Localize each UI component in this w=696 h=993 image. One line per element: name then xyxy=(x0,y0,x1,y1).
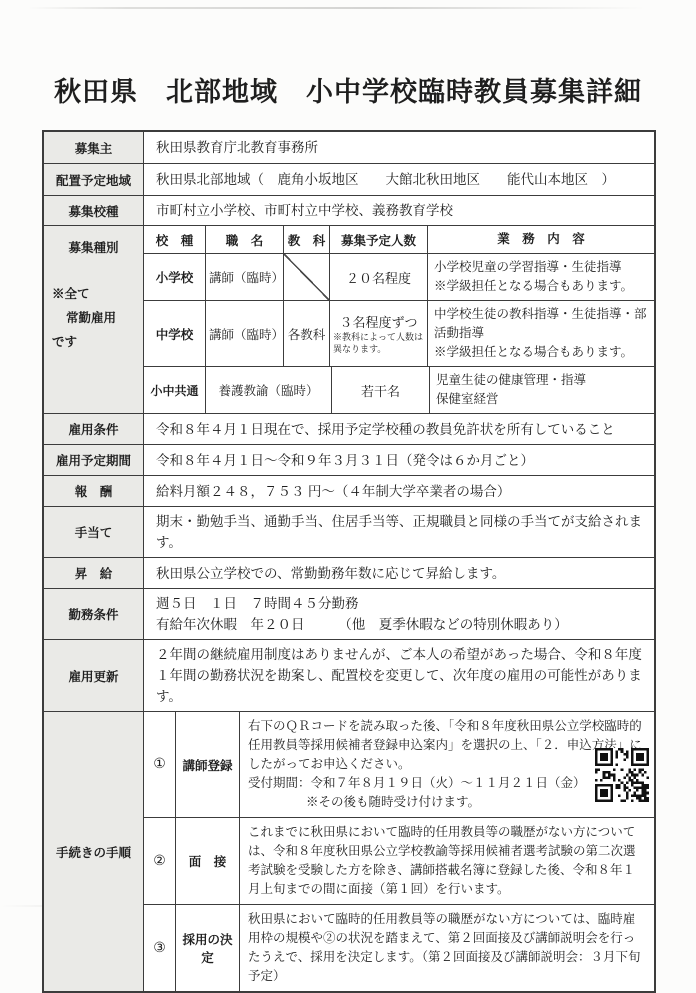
duty-line1: 中学校生徒の教科指導・生徒指導・部活動指導 xyxy=(434,305,648,343)
table-row-recruiter: 募集主 秋田県教育庁北教育事務所 xyxy=(44,132,654,164)
step-number: ③ xyxy=(144,905,176,991)
recruit-sub-table: 校 種 職 名 教 科 募集予定人数 業 務 内 容 小学校 講師（臨時） ２０… xyxy=(144,226,654,413)
title-cell: 講師（臨時） xyxy=(206,301,284,366)
table-row-employment-period: 雇用予定期間 令和８年４月１日～令和９年３月３１日（発令は６か月ごと） xyxy=(44,445,654,476)
duty-line2: 保健室経営 xyxy=(436,390,499,409)
title-cell-merged: 養護教諭（臨時） xyxy=(206,367,332,413)
table-row-procedure: 手続きの手順 ① 講師登録 右下のＱＲコードを読み取った後、「令和８年度秋田県公… xyxy=(44,712,654,991)
procedure-label: 手続きの手順 xyxy=(44,712,144,991)
qr-code xyxy=(595,748,649,802)
row-label: 配置予定地域 xyxy=(44,164,144,195)
row-label: 募集校種 xyxy=(44,196,144,225)
step-name: 講師登録 xyxy=(176,712,240,817)
step1-text3: ※その後も随時受け付けます。 xyxy=(248,793,646,812)
duty-cell: 中学校生徒の教科指導・生徒指導・部活動指導 ※学級担任となる場合もあります。 xyxy=(428,301,654,366)
table-row-region: 配置予定地域 秋田県北部地域（ 鹿角小坂地区 大館北秋田地区 能代山本地区 ） xyxy=(44,164,654,196)
document-page: { "colors": { "label_bg": "#eaeae7", "bo… xyxy=(0,0,696,919)
duty-line1: 児童生徒の健康管理・指導 xyxy=(436,371,586,390)
recruitment-detail-table: 募集主 秋田県教育庁北教育事務所 配置予定地域 秋田県北部地域（ 鹿角小坂地区 … xyxy=(42,130,656,993)
procedure-step-interview: ② 面 接 これまでに秋田県において臨時的任用教員等の職歴がない方については、令… xyxy=(144,818,654,905)
row-label: 雇用予定期間 xyxy=(44,445,144,475)
recruit-note-line1: ※全て xyxy=(52,284,135,302)
row-label: 募集主 xyxy=(44,132,144,163)
subject-cell: 各教科 xyxy=(284,301,330,366)
recruit-row-elementary: 小学校 講師（臨時） ２０名程度 小学校児童の学習指導・生徒指導 ※学級担任とな… xyxy=(144,254,654,301)
title-cell: 講師（臨時） xyxy=(206,254,284,300)
recruit-note-line3: です xyxy=(52,332,135,350)
recruit-types-title: 募集種別 xyxy=(52,238,135,256)
row-label: 雇用更新 xyxy=(44,640,144,711)
row-value: 秋田県公立学校での、常勤勤務年数に応じて昇給します。 xyxy=(144,558,654,588)
recruit-header-row: 校 種 職 名 教 科 募集予定人数 業 務 内 容 xyxy=(144,226,654,254)
school-cell: 小中共通 xyxy=(144,367,206,413)
step-content: これまでに秋田県において臨時的任用教員等の職歴がない方については、令和８年度秋田… xyxy=(240,818,654,904)
col-header-count: 募集予定人数 xyxy=(330,226,428,253)
col-header-title: 職 名 xyxy=(206,226,284,253)
recruit-types-label: 募集種別 ※全て 常勤雇用 です xyxy=(44,226,144,413)
row-value: 秋田県教育庁北教育事務所 xyxy=(144,132,654,163)
table-row-raise: 昇 給 秋田県公立学校での、常勤勤務年数に応じて昇給します。 xyxy=(44,558,654,589)
table-row-salary: 報 酬 給料月額２４８，７５３ 円～（４年制大学卒業者の場合） xyxy=(44,476,654,507)
duty-cell: 児童生徒の健康管理・指導 保健室経営 xyxy=(430,367,654,413)
duty-line2: ※学級担任となる場合もあります。 xyxy=(434,277,633,296)
work-condition-line1: 週５日 １日 ７時間４５分勤務 xyxy=(156,593,642,614)
recruit-row-junior-high: 中学校 講師（臨時） 各教科 ３名程度ずつ ※教科によって人数は異なります。 中… xyxy=(144,301,654,367)
table-row-renewal: 雇用更新 ２年間の継続雇用制度はありませんが、ご本人の希望があった場合、令和８年… xyxy=(44,640,654,712)
count-cell: ２０名程度 xyxy=(330,254,428,300)
school-cell: 小学校 xyxy=(144,254,206,300)
step-content: 右下のＱＲコードを読み取った後、「令和８年度秋田県公立学校臨時的任用教員等採用候… xyxy=(240,712,654,817)
procedure-step-decision: ③ 採用の決定 秋田県において臨時的任用教員等の職歴がない方については、臨時雇用… xyxy=(144,905,654,991)
table-row-school-types: 募集校種 市町村立小学校、市町村立中学校、義務教育学校 xyxy=(44,196,654,226)
step-name: 採用の決定 xyxy=(176,905,240,991)
row-label: 昇 給 xyxy=(44,558,144,588)
procedure-step-registration: ① 講師登録 右下のＱＲコードを読み取った後、「令和８年度秋田県公立学校臨時的任… xyxy=(144,712,654,818)
table-row-employment-condition: 雇用条件 令和８年４月１日現在で、採用予定学校種の教員免許状を所有していること xyxy=(44,414,654,445)
row-value: 期末・勤勉手当、通勤手当、住居手当等、正規職員と同様の手当てが支給されます。 xyxy=(144,507,654,557)
procedure-steps: ① 講師登録 右下のＱＲコードを読み取った後、「令和８年度秋田県公立学校臨時的任… xyxy=(144,712,654,991)
row-label: 手当て xyxy=(44,507,144,557)
row-value: 市町村立小学校、市町村立中学校、義務教育学校 xyxy=(144,196,654,225)
step1-text1: 右下のＱＲコードを読み取った後、「令和８年度秋田県公立学校臨時的任用教員等採用候… xyxy=(248,717,646,774)
col-header-duty: 業 務 内 容 xyxy=(428,226,654,253)
row-value: 令和８年４月１日現在で、採用予定学校種の教員免許状を所有していること xyxy=(144,414,654,444)
count-note: ※教科によって人数は異なります。 xyxy=(333,331,424,355)
count-cell: 若干名 xyxy=(332,367,430,413)
col-header-subject: 教 科 xyxy=(284,226,330,253)
table-row-recruit-types: 募集種別 ※全て 常勤雇用 です 校 種 職 名 教 科 募集予定人数 業 務 … xyxy=(44,226,654,414)
duty-cell: 小学校児童の学習指導・生徒指導 ※学級担任となる場合もあります。 xyxy=(428,254,654,300)
row-value: 週５日 １日 ７時間４５分勤務 有給年次休暇 年２０日 （他 夏季休暇などの特別… xyxy=(144,589,654,639)
count-cell: ３名程度ずつ ※教科によって人数は異なります。 xyxy=(330,301,428,366)
col-header-school: 校 種 xyxy=(144,226,206,253)
row-value: ２年間の継続雇用制度はありませんが、ご本人の希望があった場合、令和８年度 １年間… xyxy=(144,640,654,711)
step-content: 秋田県において臨時的任用教員等の職歴がない方については、臨時雇用枠の規模や②の状… xyxy=(240,905,654,991)
page-title: 秋田県 北部地域 小中学校臨時教員募集詳細 xyxy=(0,70,696,109)
table-row-allowance: 手当て 期末・勤勉手当、通勤手当、住居手当等、正規職員と同様の手当てが支給されま… xyxy=(44,507,654,558)
row-label: 報 酬 xyxy=(44,476,144,506)
step-number: ② xyxy=(144,818,176,904)
renewal-line1: ２年間の継続雇用制度はありませんが、ご本人の希望があった場合、令和８年度 xyxy=(156,644,642,665)
row-value: 令和８年４月１日～令和９年３月３１日（発令は６か月ごと） xyxy=(144,445,654,475)
row-value: 給料月額２４８，７５３ 円～（４年制大学卒業者の場合） xyxy=(144,476,654,506)
count-main: ３名程度ずつ xyxy=(339,312,417,331)
recruit-note-line2: 常勤雇用 xyxy=(52,308,135,326)
duty-line1: 小学校児童の学習指導・生徒指導 xyxy=(434,258,622,277)
row-label: 雇用条件 xyxy=(44,414,144,444)
subject-cell-diagonal xyxy=(284,254,330,300)
table-row-work-condition: 勤務条件 週５日 １日 ７時間４５分勤務 有給年次休暇 年２０日 （他 夏季休暇… xyxy=(44,589,654,640)
work-condition-line2: 有給年次休暇 年２０日 （他 夏季休暇などの特別休暇あり） xyxy=(156,614,642,635)
step1-text2: 受付期間：令和７年８月１９日（火）～１１月２１日（金） xyxy=(248,774,646,793)
recruit-row-common: 小中共通 養護教諭（臨時） 若干名 児童生徒の健康管理・指導 保健室経営 xyxy=(144,367,654,413)
scan-artifact-top xyxy=(28,7,678,9)
step-name: 面 接 xyxy=(176,818,240,904)
school-cell: 中学校 xyxy=(144,301,206,366)
renewal-line2: １年間の勤務状況を勘案し、配置校を変更して、次年度の雇用の可能性があります。 xyxy=(156,665,642,707)
duty-line2: ※学級担任となる場合もあります。 xyxy=(434,343,633,362)
row-value: 秋田県北部地域（ 鹿角小坂地区 大館北秋田地区 能代山本地区 ） xyxy=(144,164,654,195)
step-number: ① xyxy=(144,712,176,817)
row-label: 勤務条件 xyxy=(44,589,144,639)
